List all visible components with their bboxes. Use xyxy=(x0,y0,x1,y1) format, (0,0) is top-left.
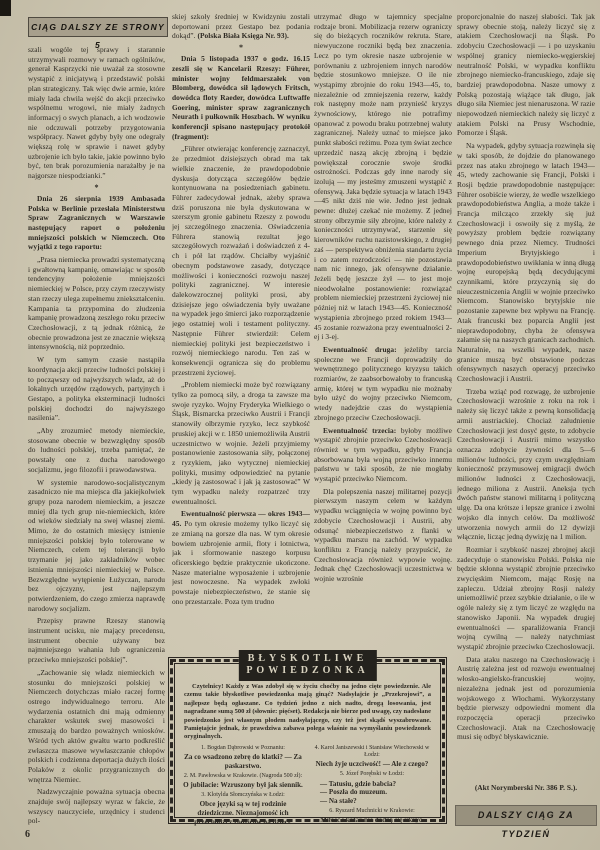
article-paragraph: proporcjonalnie do naszej słabości. Tak … xyxy=(457,12,595,138)
continued-next-week-banner: DALSZY CIĄG ZA TYDZIEŃ xyxy=(455,805,597,826)
witty-sayings-title-line2: POWIEDZONKA xyxy=(246,665,368,677)
saying-text: Miłość i katar nie dadzą się ukryć. xyxy=(312,816,432,825)
article-paragraph: „Führer otwierając konferencję zaznaczył… xyxy=(172,144,310,377)
article-paragraph: Trzeba wziąć pod rozwagę, że uzbrojenie … xyxy=(457,387,595,542)
article-paragraph: „Problem niemiecki może być rozwiązany t… xyxy=(172,380,310,506)
article-paragraph: Data ataku naszego na Czechosłowację i A… xyxy=(457,655,595,742)
witty-sayings-intro: Czytelnicy! Każdy z Was zdobył się w życ… xyxy=(184,683,431,742)
saying-text: Obce języki są w tej rodzinie dziedziczn… xyxy=(183,800,303,826)
article-paragraph: W tym samym czasie nastąpiła koordynacja… xyxy=(28,355,165,423)
saying-author: 1. Bogdan Dąbrowski w Poznaniu: xyxy=(183,745,303,752)
saying-entry: 5. Józef Porębski w Łodzi:— Tatusiu, gdz… xyxy=(312,771,432,806)
sayings-column-left: 1. Bogdan Dąbrowski w Poznaniu:Za co wsa… xyxy=(183,745,303,829)
newspaper-page: CIĄG DALSZY ZE STRONY 5 szali wogóle tej… xyxy=(0,0,600,850)
witty-sayings-box-border: BŁYSKOTLIWE POWIEDZONKA Czytelnicy! Każd… xyxy=(170,659,445,822)
article-paragraph: Nadzwyczajnie poważna sytuacja obecna zn… xyxy=(28,787,165,826)
saying-text: Za co wsadzono zebrę do klatki? — Za pas… xyxy=(183,753,303,771)
article-paragraph: Rozmiar i szybkość naszej zbrojnej akcji… xyxy=(457,545,595,652)
saying-entry: 4. Karol Janiszewski i Stanisław Wiechow… xyxy=(312,745,432,769)
witty-sayings-box: BŁYSKOTLIWE POWIEDZONKA Czytelnicy! Każd… xyxy=(168,657,447,824)
article-paragraph: „Zachowanie się władz niemieckich w stos… xyxy=(28,668,165,784)
saying-author: 3. Klotylda Słomczyńska w Łodzi: xyxy=(183,792,303,799)
witty-sayings-title: BŁYSKOTLIWE POWIEDZONKA xyxy=(238,650,376,681)
saying-entry: 3. Klotylda Słomczyńska w Łodzi:Obce jęz… xyxy=(183,792,303,827)
saying-author: 4. Karol Janiszewski i Stanisław Wiechow… xyxy=(312,745,432,760)
saying-entry: 6. Ryszard Muchnicki w Krakowie:Miłość i… xyxy=(312,808,432,825)
saying-author: 2. M. Pawłowska w Krakowie. (Nagroda 500… xyxy=(183,773,303,780)
article-paragraph: Ewentualność trzecia: byłoby możliwe wys… xyxy=(314,426,452,484)
article-paragraph: W systemie narodowo-socjalistycznym zasa… xyxy=(28,478,165,614)
saying-author: 5. Józef Porębski w Łodzi: xyxy=(312,771,432,778)
page-number: 6 xyxy=(25,829,30,840)
text-column-3: utrzymać długo w tajemnicy specjalne rod… xyxy=(314,12,452,645)
text-column-1: szali wogóle tej sprawy i starannie utrz… xyxy=(28,45,165,827)
article-paragraph: Na wypadek, gdyby sytuacja rozwinęła się… xyxy=(457,141,595,384)
saying-text: — Tatusiu, gdzie babcia?— Poszła do muze… xyxy=(312,780,432,806)
section-separator: * xyxy=(28,184,165,191)
text-column-4: proporcjonalnie do naszej słabości. Tak … xyxy=(457,12,595,776)
article-paragraph: „Aby zrozumieć metody niemieckie, stosow… xyxy=(28,426,165,475)
article-paragraph: Dnia 5 listopada 1937 o godz. 16.15 zesz… xyxy=(172,54,310,141)
witty-sayings-title-line1: BŁYSKOTLIWE xyxy=(246,653,368,665)
source-citation: (Akt Norymberski Nr. 386 P. S.). xyxy=(457,783,595,792)
saying-text: Niech żyje uczciwość! — Ale z czego? xyxy=(312,760,432,769)
text-column-2: skiej szkoły średniej w Kwidzyniu zostal… xyxy=(172,12,310,645)
article-paragraph: Dnia 26 sierpnia 1939 Ambasada Polska w … xyxy=(28,194,165,252)
article-paragraph: Dla polepszenia naszej militarnej pozycj… xyxy=(314,487,452,584)
saying-entry: 2. M. Pawłowska w Krakowie. (Nagroda 500… xyxy=(183,773,303,790)
witty-sayings-entries: 1. Bogdan Dąbrowski w Poznaniu:Za co wsa… xyxy=(183,745,432,829)
witty-sayings-box-inner: BŁYSKOTLIWE POWIEDZONKA Czytelnicy! Każd… xyxy=(174,663,441,818)
sayings-column-right: 4. Karol Janiszewski i Stanisław Wiechow… xyxy=(312,745,432,829)
saying-text: O jubilacie: Wzruszony był jak siennik. xyxy=(183,781,303,790)
section-separator: * xyxy=(172,44,310,51)
saying-entry: 1. Bogdan Dąbrowski w Poznaniu:Za co wsa… xyxy=(183,745,303,771)
article-paragraph: Ewentualność druga: jeżeliby tarcia społ… xyxy=(314,345,452,423)
article-paragraph: szali wogóle tej sprawy i starannie utrz… xyxy=(28,45,165,181)
article-paragraph: Przepisy prawne Rzeszy stanowią instrume… xyxy=(28,616,165,665)
saying-author: 6. Ryszard Muchnicki w Krakowie: xyxy=(312,808,432,815)
article-paragraph: „Prasa niemiecka prowadzi systematyczną … xyxy=(28,255,165,352)
corner-print-mark xyxy=(0,0,11,16)
continued-from-banner: CIĄG DALSZY ZE STRONY 5 xyxy=(28,17,168,37)
article-paragraph: skiej szkoły średniej w Kwidzyniu zostal… xyxy=(172,12,310,41)
article-paragraph: Ewentualność pierwsza — okres 1943—45. P… xyxy=(172,509,310,606)
article-paragraph: utrzymać długo w tajemnicy specjalne rod… xyxy=(314,12,452,342)
